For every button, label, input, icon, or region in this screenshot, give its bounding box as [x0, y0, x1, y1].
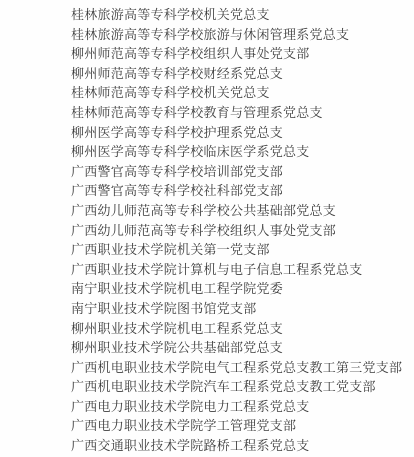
list-item: 桂林师范高等专科学校教育与管理系党总支 [71, 103, 406, 123]
party-branch-list: 桂林旅游高等专科学校机关党总支桂林旅游高等专科学校旅游与休闲管理系党总支柳州师范… [71, 5, 406, 456]
list-item: 广西幼儿师范高等专科学校公共基础部党总支 [71, 201, 406, 221]
list-item: 柳州医学高等专科学校临床医学系党总支 [71, 142, 406, 162]
list-item: 桂林旅游高等专科学校机关党总支 [71, 5, 406, 25]
list-item: 广西电力职业技术学院学工管理党支部 [71, 416, 406, 436]
list-item: 广西幼儿师范高等专科学校组织人事处党支部 [71, 221, 406, 241]
list-item: 南宁职业技术学院图书馆党支部 [71, 299, 406, 319]
list-item: 广西职业技术学院计算机与电子信息工程系党总支 [71, 260, 406, 280]
list-item: 广西机电职业技术学院电气工程系党总支教工第三党支部 [71, 358, 406, 378]
list-item: 南宁职业技术学院机电工程学院党委 [71, 279, 406, 299]
list-item: 柳州医学高等专科学校护理系党总支 [71, 123, 406, 143]
list-item: 桂林师范高等专科学校机关党总支 [71, 83, 406, 103]
list-item: 广西机电职业技术学院汽车工程系党总支教工党支部 [71, 377, 406, 397]
list-item: 广西警官高等专科学校社科部党支部 [71, 181, 406, 201]
list-item: 柳州职业技术学院公共基础部党总支 [71, 338, 406, 358]
list-item: 广西警官高等专科学校培训部党支部 [71, 162, 406, 182]
list-item: 柳州职业技术学院机电工程系党总支 [71, 319, 406, 339]
list-item: 广西电力职业技术学院电力工程系党总支 [71, 397, 406, 417]
list-item: 柳州师范高等专科学校组织人事处党支部 [71, 44, 406, 64]
list-item: 广西交通职业技术学院路桥工程系党总支 [71, 436, 406, 456]
list-item: 柳州师范高等专科学校财经系党总支 [71, 64, 406, 84]
page: 桂林旅游高等专科学校机关党总支桂林旅游高等专科学校旅游与休闲管理系党总支柳州师范… [0, 0, 414, 457]
list-item: 广西职业技术学院机关第一党支部 [71, 240, 406, 260]
list-item: 桂林旅游高等专科学校旅游与休闲管理系党总支 [71, 25, 406, 45]
